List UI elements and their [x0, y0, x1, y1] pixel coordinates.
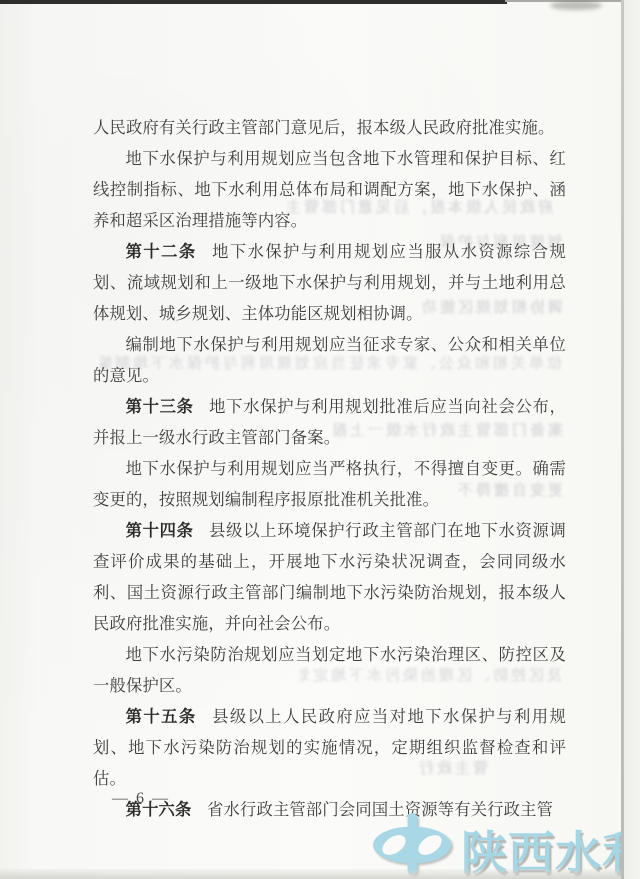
water-logo-icon — [366, 810, 462, 876]
paragraph: 编制地下水保护与利用规划应当征求专家、公众和相关单位的意见。 — [93, 329, 566, 391]
page-edge-strip — [624, 0, 640, 879]
paragraph-text: 地下水污染防治规划应当划定地下水污染治理区、防控区及一般保护区。 — [93, 645, 566, 695]
paragraph: 地下水污染防治规划应当划定地下水污染治理区、防控区及一般保护区。 — [93, 639, 566, 701]
page-edge-line — [621, 0, 624, 879]
document-text-block: 人民政府有关行政主管部门意见后，报本级人民政府批准实施。 地下水保护与利用规划应… — [93, 112, 566, 825]
paragraph-text: 地下水保护与利用规划应当严格执行，不得擅自变更。确需变更的，按照规划编制程序报原… — [93, 459, 566, 509]
scan-bottom-edge — [0, 869, 640, 879]
paragraph: 地下水保护与利用规划应当包含地下水管理和保护目标、红线控制指标、地下水利用总体布… — [93, 143, 566, 236]
page-number: — 6 — — [112, 790, 170, 808]
article-clause: 第十三条地下水保护与利用规划批准后应当向社会公布，并报上一级水行政主管部门备案。 — [93, 391, 566, 453]
article-number: 第十二条 — [126, 242, 197, 261]
paragraph-text: 编制地下水保护与利用规划应当征求专家、公众和相关单位的意见。 — [93, 335, 566, 385]
paragraph: 地下水保护与利用规划应当严格执行，不得擅自变更。确需变更的，按照规划编制程序报原… — [93, 453, 566, 515]
scan-smudge — [550, 1, 602, 10]
scan-top-edge — [0, 0, 507, 4]
paragraph-continuation: 人民政府有关行政主管部门意见后，报本级人民政府批准实施。 — [93, 112, 566, 143]
paragraph-text: 人民政府有关行政主管部门意见后，报本级人民政府批准实施。 — [93, 118, 554, 137]
article-clause: 第十四条县级以上环境保护行政主管部门在地下水资源调查评价成果的基础上，开展地下水… — [93, 515, 566, 639]
article-number: 第十四条 — [126, 521, 194, 540]
article-clause: 第十五条县级以上人民政府应当对地下水保护与利用规划、地下水污染防治规划的实施情况… — [93, 701, 566, 794]
article-number: 第十五条 — [126, 707, 197, 726]
article-clause: 第十二条地下水保护与利用规划应当服从水资源综合规划、流域规划和上一级地下水保护与… — [93, 236, 566, 329]
paragraph-text: 地下水保护与利用规划应当包含地下水管理和保护目标、红线控制指标、地下水利用总体布… — [93, 149, 566, 230]
article-number: 第十三条 — [126, 397, 194, 416]
